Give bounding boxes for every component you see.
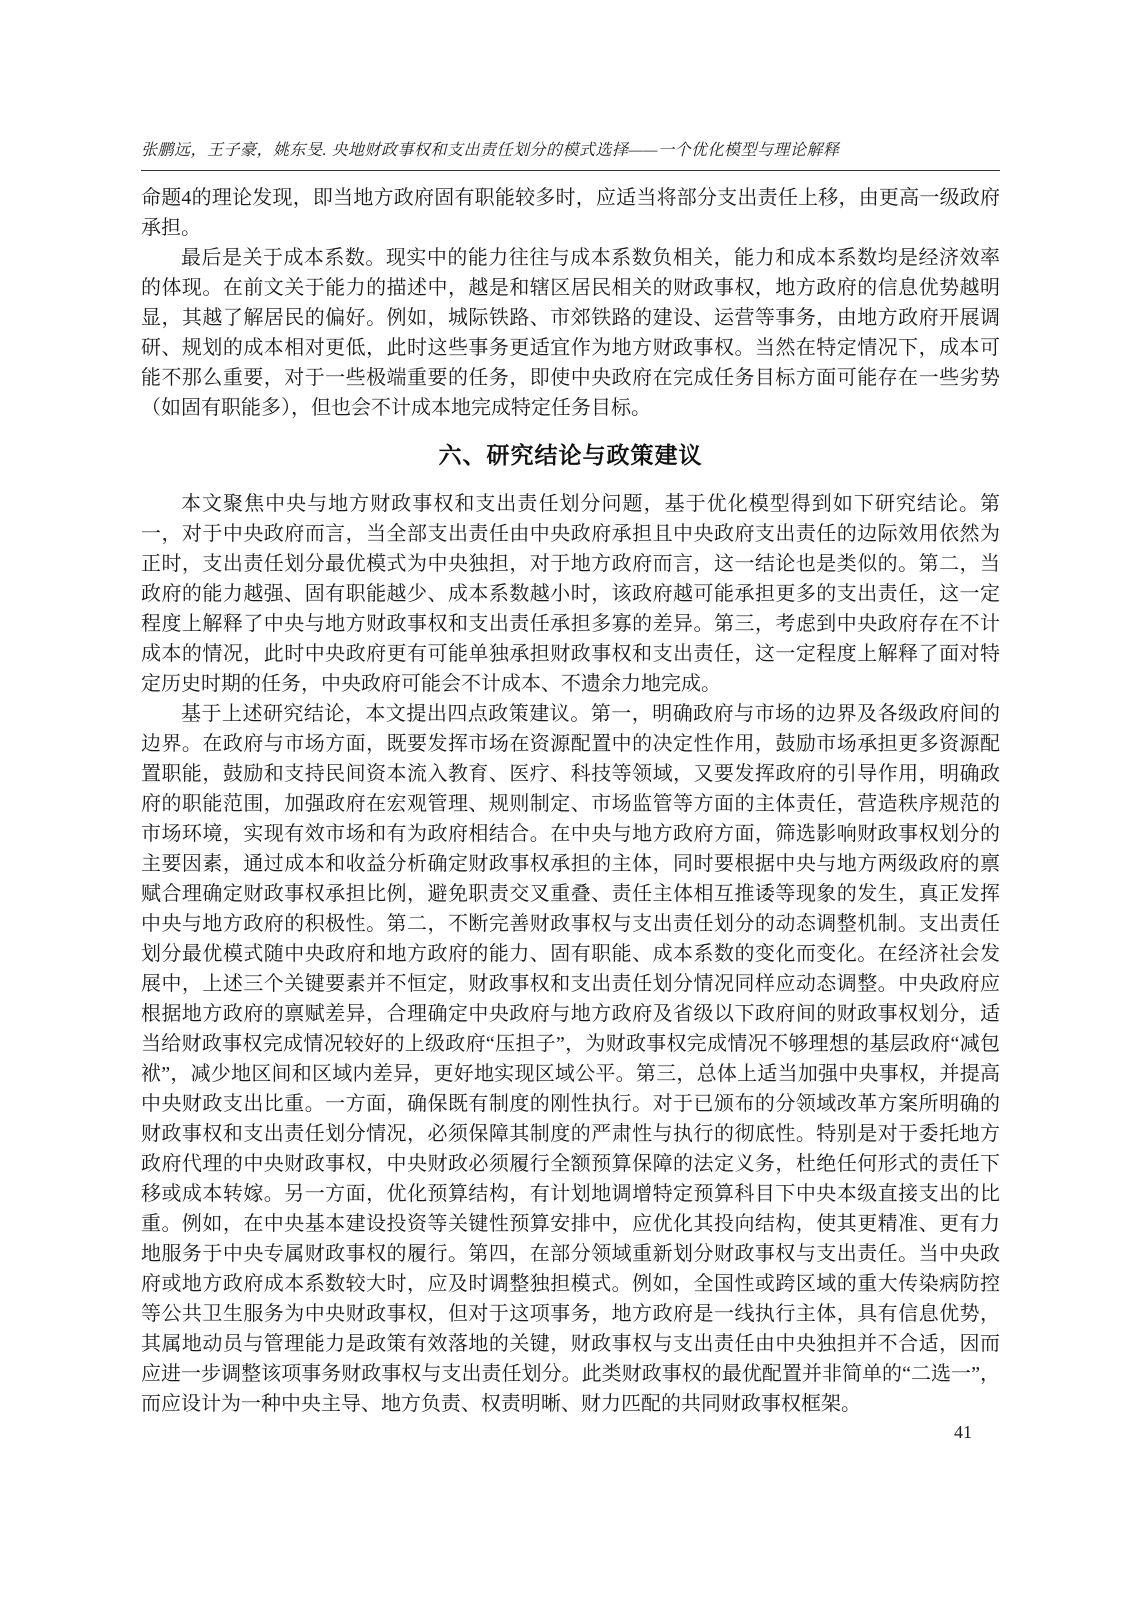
page-header: 张鹏远，王子豪，姚东旻. 央地财政事权和支出责任划分的模式选择——一个优化模型与… [141,0,1000,171]
body-paragraph-continuation: 命题4的理论发现，即当地方政府固有职能较多时，应适当将部分支出责任上移，由更高一… [141,183,1000,243]
body-paragraph-conclusions: 本文聚焦中央与地方财政事权和支出责任划分问题，基于优化模型得到如下研究结论。第一… [141,489,1000,699]
article-body: 命题4的理论发现，即当地方政府固有职能较多时，应适当将部分支出责任上移，由更高一… [141,183,1000,1419]
body-paragraph-policy-recommendations: 基于上述研究结论，本文提出四点政策建议。第一，明确政府与市场的边界及各级政府间的… [141,699,1000,1419]
header-rule [141,170,1000,171]
content-column: 张鹏远，王子豪，姚东旻. 央地财政事权和支出责任划分的模式选择——一个优化模型与… [141,0,1000,1419]
document-page: 张鹏远，王子豪，姚东旻. 央地财政事权和支出责任划分的模式选择——一个优化模型与… [0,0,1140,1600]
page-number: 41 [0,1422,1140,1443]
body-paragraph-cost-coefficient: 最后是关于成本系数。现实中的能力往往与成本系数负相关，能力和成本系数均是经济效率… [141,243,1000,423]
running-head: 张鹏远，王子豪，姚东旻. 央地财政事权和支出责任划分的模式选择——一个优化模型与… [141,0,1000,161]
section-heading: 六、研究结论与政策建议 [141,439,1000,471]
